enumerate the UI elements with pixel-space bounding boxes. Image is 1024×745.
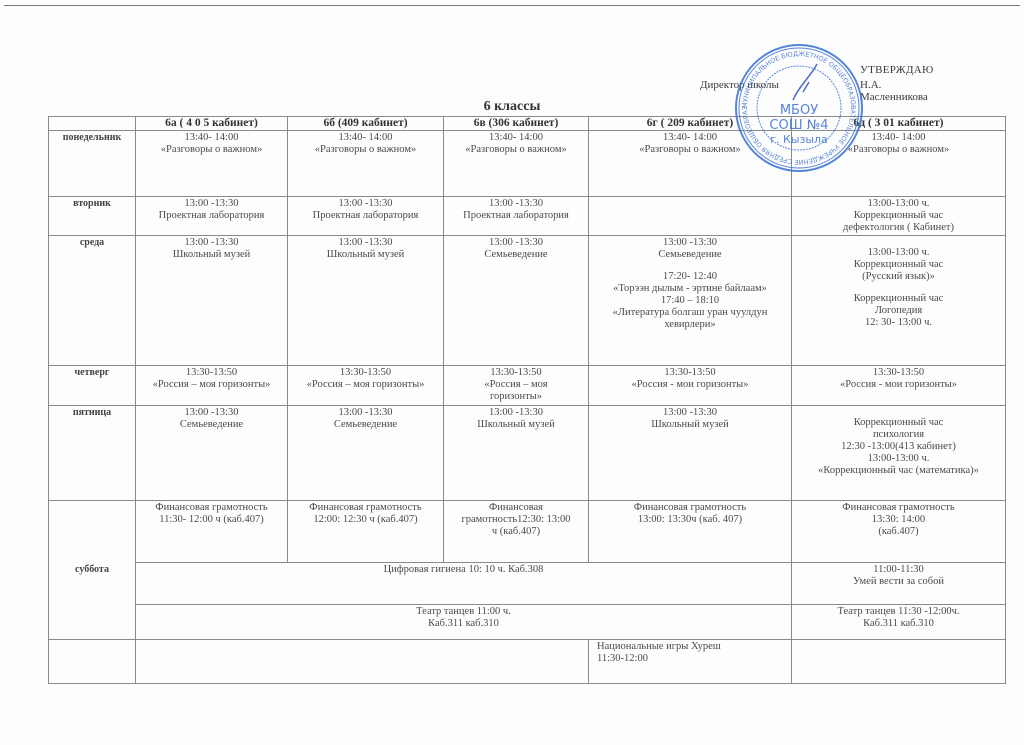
cell-line: «Коррекционный час (математика)» bbox=[795, 465, 1002, 477]
cell-line: горизонты» bbox=[447, 391, 585, 403]
cell: Финансовая грамотность13:00: 13:30ч (каб… bbox=[589, 501, 792, 563]
cell: 13:30-13:50«Россия - мои горизонты» bbox=[589, 366, 792, 406]
cell: 13:00 -13:30Семьеведение bbox=[288, 406, 444, 501]
cell: 13:00 -13:30Школьный музей bbox=[288, 236, 444, 366]
header-row: 6а ( 4 0 5 кабинет) 6б (409 кабинет) 6в … bbox=[49, 117, 1006, 131]
cell-line: Семьеведение bbox=[592, 249, 788, 261]
cell-line: 13:00 -13:30 bbox=[447, 237, 585, 249]
cell-line: Проектная лаборатория bbox=[447, 210, 585, 222]
row-saturday: суббота Финансовая грамотность11:30- 12:… bbox=[49, 501, 1006, 563]
cell-line: «Россия – моя горизонты» bbox=[291, 379, 440, 391]
cell-line: 12:00: 12:30 ч (каб.407) bbox=[291, 514, 440, 526]
cell: 13:40- 14:00«Разговоры о важном» bbox=[444, 131, 589, 197]
digital-hygiene-cell: Цифровая гигиена 10: 10 ч. Каб.308 bbox=[136, 563, 792, 605]
day-label: понедельник bbox=[49, 131, 136, 197]
cell-line: «Россия - мои горизонты» bbox=[592, 379, 788, 391]
cell-line: 13:30-13:50 bbox=[592, 367, 788, 379]
cell-line: 13:00-13:00 ч. bbox=[795, 198, 1002, 210]
row-extra: Национальные игры Хуреш11:30-12:00 bbox=[49, 640, 1006, 684]
cell-line: ч (каб.407) bbox=[447, 526, 585, 538]
day-label: суббота bbox=[49, 501, 136, 640]
approve-label: УТВЕРЖДАЮ bbox=[860, 64, 934, 76]
cell-line: дефектология ( Кабинет) bbox=[795, 222, 1002, 234]
cell-line: 17:20- 12:40 bbox=[592, 271, 788, 283]
cell-line bbox=[795, 283, 1002, 293]
cell-line: 11:00-11:30 bbox=[795, 564, 1002, 576]
empty-cell bbox=[136, 640, 589, 684]
row-friday: пятница 13:00 -13:30Семьеведение 13:00 -… bbox=[49, 406, 1006, 501]
cell-line: 17:40 – 18:10 bbox=[592, 295, 788, 307]
cell: 13:30-13:50«Россия - мои горизонты» bbox=[792, 366, 1006, 406]
cell-line: (Русский язык)» bbox=[795, 271, 1002, 283]
cell-line: Школьный музей bbox=[139, 249, 284, 261]
cell-line: 13:30-13:50 bbox=[447, 367, 585, 379]
cell-line: психология bbox=[795, 429, 1002, 441]
header-day bbox=[49, 117, 136, 131]
cell-line: Коррекционный час bbox=[795, 417, 1002, 429]
cell: Финансовая грамотность11:30- 12:00 ч (ка… bbox=[136, 501, 288, 563]
cell-line: «Россия – моя горизонты» bbox=[139, 379, 284, 391]
cell-line: 12:30 -13:00(413 кабинет) bbox=[795, 441, 1002, 453]
cell-line: Каб.311 каб.310 bbox=[795, 618, 1002, 630]
header-6d: 6д ( 3 01 кабинет) bbox=[792, 117, 1006, 131]
cell-line: «Разговоры о важном» bbox=[447, 144, 585, 156]
row-saturday-dance: Театр танцев 11:00 ч.Каб.311 каб.310 Теа… bbox=[49, 605, 1006, 640]
cell-line: (каб.407) bbox=[795, 526, 1002, 538]
cell: 13:40- 14:00«Разговоры о важном» bbox=[136, 131, 288, 197]
empty-cell bbox=[49, 640, 136, 684]
cell-line: Семьеведение bbox=[447, 249, 585, 261]
row-wednesday: среда 13:00 -13:30Школьный музей 13:00 -… bbox=[49, 236, 1006, 366]
cell-line: Коррекционный час bbox=[795, 259, 1002, 271]
cell-line: Финансовая грамотность bbox=[139, 502, 284, 514]
page-title: 6 классы bbox=[0, 99, 1024, 115]
day-label: вторник bbox=[49, 197, 136, 236]
cell-line: 13:00: 13:30ч (каб. 407) bbox=[592, 514, 788, 526]
row-monday: понедельник 13:40- 14:00«Разговоры о важ… bbox=[49, 131, 1006, 197]
cell-line: «Литература болгаш уран чуулдун bbox=[592, 307, 788, 319]
cell-line bbox=[795, 237, 1002, 247]
cell-line: 13:00 -13:30 bbox=[139, 237, 284, 249]
cell-line: «Разговоры о важном» bbox=[795, 144, 1002, 156]
schedule-table: 6а ( 4 0 5 кабинет) 6б (409 кабинет) 6в … bbox=[48, 116, 1006, 684]
cell-line: 13:40- 14:00 bbox=[447, 132, 585, 144]
cell: 13:40- 14:00«Разговоры о важном» bbox=[288, 131, 444, 197]
cell-line: Семьеведение bbox=[139, 419, 284, 431]
cell: 13:00 -13:30Проектная лаборатория bbox=[288, 197, 444, 236]
cell-line: «Разговоры о важном» bbox=[291, 144, 440, 156]
cell-line: Коррекционный час bbox=[795, 210, 1002, 222]
cell-line: 13:00 -13:30 bbox=[592, 407, 788, 419]
cell-line: 13:00 -13:30 bbox=[291, 198, 440, 210]
cell: 13:00 -13:30Семьеведение17:20- 12:40«Тор… bbox=[589, 236, 792, 366]
cell-line: Финансовая грамотность bbox=[592, 502, 788, 514]
cell-line: Проектная лаборатория bbox=[291, 210, 440, 222]
cell: Коррекционный часпсихология12:30 -13:00(… bbox=[792, 406, 1006, 501]
cell-line: 13:40- 14:00 bbox=[795, 132, 1002, 144]
cell-line: Умей вести за собой bbox=[795, 576, 1002, 588]
cell-line: 13:00 -13:30 bbox=[291, 407, 440, 419]
cell-line: 11:30- 12:00 ч (каб.407) bbox=[139, 514, 284, 526]
cell-line: Театр танцев 11:00 ч. bbox=[139, 606, 788, 618]
cell: 13:40- 14:00«Разговоры о важном» bbox=[589, 131, 792, 197]
cell-line: хевирлери» bbox=[592, 319, 788, 331]
cell: 13:00-13:00 ч.Коррекционный часдефектоло… bbox=[792, 197, 1006, 236]
cell-line: 13:00 -13:30 bbox=[447, 198, 585, 210]
empty-cell bbox=[792, 640, 1006, 684]
cell-line bbox=[592, 261, 788, 271]
cell: 13:00 -13:30Семьеведение bbox=[444, 236, 589, 366]
cell-line: 13:40- 14:00 bbox=[592, 132, 788, 144]
cell-line: «Торээн дылым - эртине байлаам» bbox=[592, 283, 788, 295]
cell-line: Логопедия bbox=[795, 305, 1002, 317]
cell: 13:00 -13:30Школьный музей bbox=[444, 406, 589, 501]
cell-line: Каб.311 каб.310 bbox=[139, 618, 788, 630]
cell-line: «Россия - мои горизонты» bbox=[795, 379, 1002, 391]
cell: Театр танцев 11:30 -12:00ч.Каб.311 каб.3… bbox=[792, 605, 1006, 640]
header-6v: 6в (306 кабинет) bbox=[444, 117, 589, 131]
cell-line: 13:30: 14:00 bbox=[795, 514, 1002, 526]
cell: Финансовая грамотность12:00: 12:30 ч (ка… bbox=[288, 501, 444, 563]
cell-line: 12: 30- 13:00 ч. bbox=[795, 317, 1002, 329]
cell-line: 13:00-13:00 ч. bbox=[795, 453, 1002, 465]
cell: 13:30-13:50«Россия – моя горизонты» bbox=[136, 366, 288, 406]
cell-line: Театр танцев 11:30 -12:00ч. bbox=[795, 606, 1002, 618]
cell-line: Школьный музей bbox=[291, 249, 440, 261]
cell-line: 13:30-13:50 bbox=[139, 367, 284, 379]
cell-line: 13:00 -13:30 bbox=[139, 407, 284, 419]
cell: 13:00 -13:30Проектная лаборатория bbox=[444, 197, 589, 236]
cell-line: Школьный музей bbox=[592, 419, 788, 431]
cell: 13:00 -13:30Школьный музей bbox=[589, 406, 792, 501]
cell-line: 13:30-13:50 bbox=[291, 367, 440, 379]
cell-line: «Разговоры о важном» bbox=[592, 144, 788, 156]
day-label: пятница bbox=[49, 406, 136, 501]
cell: 13:30-13:50«Россия – моягоризонты» bbox=[444, 366, 589, 406]
cell-line: 13:40- 14:00 bbox=[291, 132, 440, 144]
cell: Финансовая грамотность13:30: 14:00(каб.4… bbox=[792, 501, 1006, 563]
row-saturday-digital: Цифровая гигиена 10: 10 ч. Каб.308 11:00… bbox=[49, 563, 1006, 605]
cell: 13:00 -13:30Проектная лаборатория bbox=[136, 197, 288, 236]
cell-line: Школьный музей bbox=[447, 419, 585, 431]
cell: 13:00-13:00 ч.Коррекционный час(Русский … bbox=[792, 236, 1006, 366]
header-6a: 6а ( 4 0 5 кабинет) bbox=[136, 117, 288, 131]
cell-line: Финансовая грамотность bbox=[795, 502, 1002, 514]
header-6g: 6г ( 209 кабинет) bbox=[589, 117, 792, 131]
cell-line: «Разговоры о важном» bbox=[139, 144, 284, 156]
cell-line: 13:00 -13:30 bbox=[447, 407, 585, 419]
cell: 13:30-13:50«Россия – моя горизонты» bbox=[288, 366, 444, 406]
day-label: четверг bbox=[49, 366, 136, 406]
cell-line: 13:30-13:50 bbox=[795, 367, 1002, 379]
cell: 13:00 -13:30Школьный музей bbox=[136, 236, 288, 366]
cell: 13:00 -13:30Семьеведение bbox=[136, 406, 288, 501]
day-label: среда bbox=[49, 236, 136, 366]
cell-line: Проектная лаборатория bbox=[139, 210, 284, 222]
cell: Театр танцев 11:00 ч.Каб.311 каб.310 bbox=[136, 605, 792, 640]
header-6b: 6б (409 кабинет) bbox=[288, 117, 444, 131]
cell-line: 11:30-12:00 bbox=[597, 653, 788, 665]
page-top-edge bbox=[4, 5, 1020, 6]
cell-line: 13:00 -13:30 bbox=[592, 237, 788, 249]
cell-line: «Россия – моя bbox=[447, 379, 585, 391]
cell-line: 13:00 -13:30 bbox=[139, 198, 284, 210]
cell: 13:40- 14:00«Разговоры о важном» bbox=[792, 131, 1006, 197]
cell-line: Финансовая грамотность bbox=[291, 502, 440, 514]
cell-line: грамотность12:30: 13:00 bbox=[447, 514, 585, 526]
cell bbox=[589, 197, 792, 236]
cell-line: Коррекционный час bbox=[795, 293, 1002, 305]
cell-line: 13:40- 14:00 bbox=[139, 132, 284, 144]
cell-line: 13:00-13:00 ч. bbox=[795, 247, 1002, 259]
row-tuesday: вторник 13:00 -13:30Проектная лаборатори… bbox=[49, 197, 1006, 236]
cell-line bbox=[795, 407, 1002, 417]
cell-line: Национальные игры Хуреш bbox=[597, 641, 788, 653]
cell-line: Финансовая bbox=[447, 502, 585, 514]
cell: 11:00-11:30Умей вести за собой bbox=[792, 563, 1006, 605]
cell-line: Семьеведение bbox=[291, 419, 440, 431]
cell-line: 13:00 -13:30 bbox=[291, 237, 440, 249]
cell: Национальные игры Хуреш11:30-12:00 bbox=[589, 640, 792, 684]
director-position: Директор школы bbox=[700, 79, 779, 91]
cell: Финансоваяграмотность12:30: 13:00ч (каб.… bbox=[444, 501, 589, 563]
row-thursday: четверг 13:30-13:50«Россия – моя горизон… bbox=[49, 366, 1006, 406]
